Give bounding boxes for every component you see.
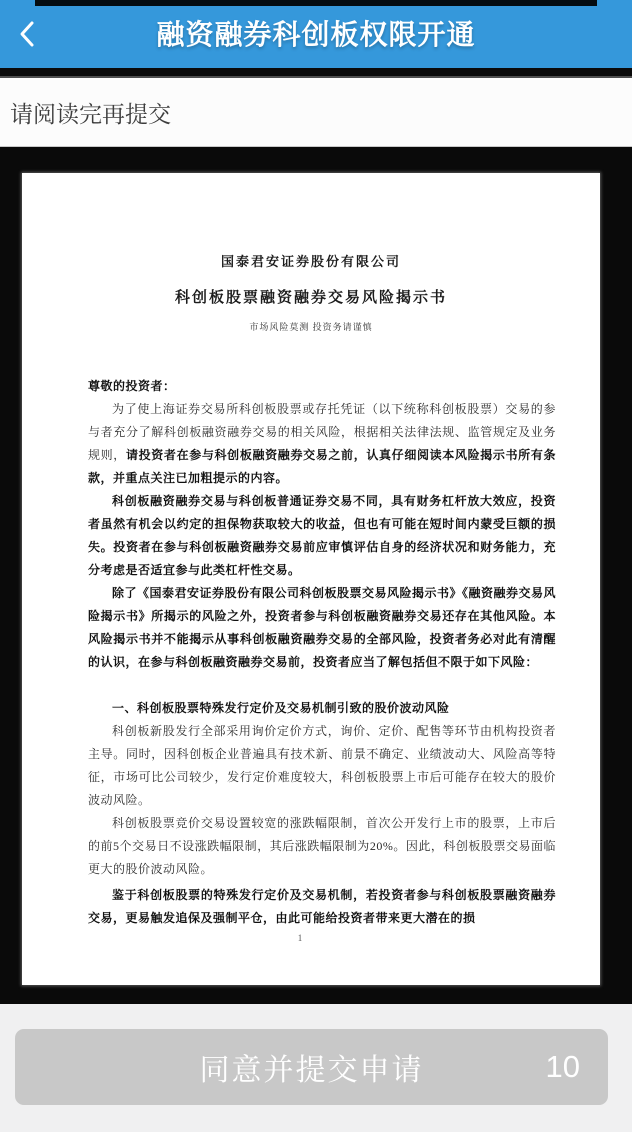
notice-text: 请阅读完再提交 (10, 96, 171, 129)
document-page: 国泰君安证券股份有限公司 科创板股票融资融券交易风险揭示书 市场风险莫测 投资务… (22, 173, 600, 985)
status-strip (35, 0, 597, 6)
notice-bar: 请阅读完再提交 (0, 78, 632, 147)
footer-bar: 同意并提交申请 10 (0, 1004, 632, 1132)
doc-body: 尊敬的投资者：为了使上海证券交易所科创板股票或存托凭证（以下统称科创板股票）交易… (88, 375, 556, 930)
doc-subtitle: 市场风险莫测 投资务请谨慎 (22, 320, 600, 333)
doc-paragraph: 科创板新股发行全部采用询价定价方式，询价、定价、配售等环节由机构投资者主导。同时… (88, 720, 556, 812)
doc-paragraph: 科创板融资融券交易与科创板普通证券交易不同，具有财务杠杆放大效应，投资者虽然有机… (88, 490, 556, 582)
header-separator (0, 68, 632, 78)
agree-submit-label: 同意并提交申请 (200, 1045, 424, 1089)
page-title: 融资融券科创板权限开通 (0, 13, 632, 53)
doc-paragraph: 鉴于科创板股票的特殊发行定价及交易机制，若投资者参与科创板股票融资融券交易，更易… (88, 884, 556, 930)
document-viewport[interactable]: 国泰君安证券股份有限公司 科创板股票融资融券交易风险揭示书 市场风险莫测 投资务… (0, 147, 632, 1004)
doc-paragraph: 为了使上海证券交易所科创板股票或存托凭证（以下统称科创板股票）交易的参与者充分了… (88, 398, 556, 490)
doc-paragraph: 科创板股票竞价交易设置较宽的涨跌幅限制，首次公开发行上市的股票，上市后的前5个交… (88, 812, 556, 881)
header-bar: 融资融券科创板权限开通 (0, 0, 632, 68)
agree-submit-button[interactable]: 同意并提交申请 10 (15, 1029, 608, 1105)
doc-section-heading: 一、科创板股票特殊发行定价及交易机制引致的股价波动风险 (88, 697, 556, 720)
doc-page-number: 1 (22, 933, 578, 943)
doc-paragraph: 尊敬的投资者： (88, 375, 556, 398)
doc-company-title: 国泰君安证券股份有限公司 (22, 251, 600, 270)
doc-paragraph: 除了《国泰君安证券股份有限公司科创板股票交易风险揭示书》《融资融券交易风险揭示书… (88, 582, 556, 674)
doc-title: 科创板股票融资融券交易风险揭示书 (22, 286, 600, 307)
countdown-badge: 10 (546, 1029, 580, 1105)
margin-trading-permission-screen: { "header": { "title": "融资融券科创板权限开通" }, … (0, 0, 632, 1132)
